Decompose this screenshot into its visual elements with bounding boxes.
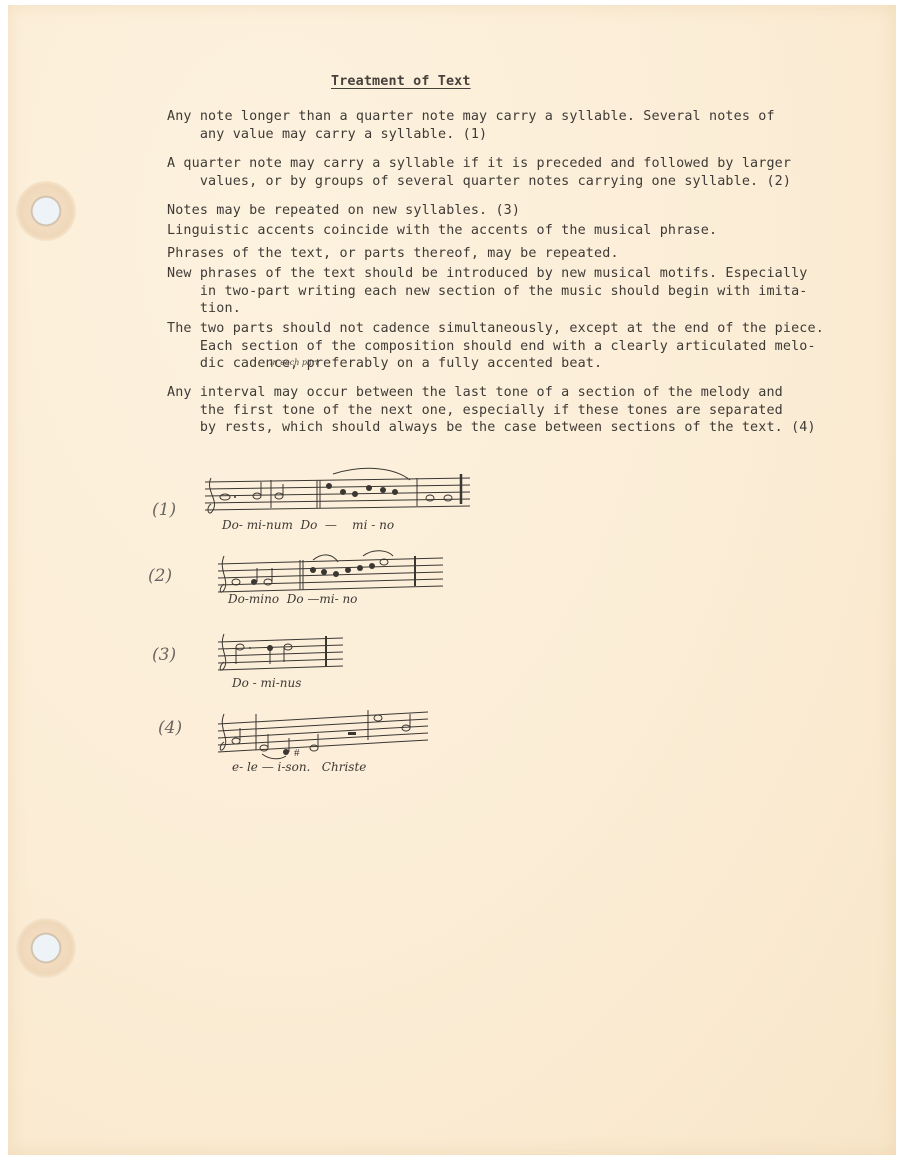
- handwritten-insertion: in each part: [270, 358, 319, 367]
- lyrics-3: Do - mi-nus: [232, 676, 301, 690]
- rule-paragraph: Any interval may occur between the last …: [167, 384, 816, 437]
- svg-text:#: #: [294, 747, 300, 759]
- example-label-1: (1): [152, 500, 176, 520]
- lyrics-2: Do-mino Do —mi- no: [228, 592, 357, 606]
- music-staff-1: [205, 478, 475, 523]
- rule-paragraph: Notes may be repeated on new syllables. …: [167, 202, 520, 220]
- example-label-2: (2): [148, 566, 172, 586]
- music-staff-3: [218, 634, 348, 679]
- lyrics-1: Do- mi-num Do — mi - no: [222, 518, 394, 532]
- punch-hole-bottom: [16, 918, 76, 978]
- rule-paragraph: The two parts should not cadence simulta…: [167, 320, 824, 373]
- example-label-4: (4): [158, 718, 182, 738]
- rule-paragraph: Any note longer than a quarter note may …: [167, 108, 775, 143]
- page-title: Treatment of Text: [331, 74, 471, 89]
- lyrics-4: e- le — i-son. Christe: [232, 760, 366, 774]
- rule-paragraph: Linguistic accents coincide with the acc…: [167, 222, 717, 240]
- punch-hole-top: [16, 181, 76, 241]
- rule-paragraph: New phrases of the text should be introd…: [167, 265, 808, 318]
- rule-paragraph: Phrases of the text, or parts thereof, m…: [167, 245, 619, 263]
- rule-paragraph: A quarter note may carry a syllable if i…: [167, 155, 791, 190]
- example-label-3: (3): [152, 645, 176, 665]
- music-staff-4: #: [218, 710, 433, 760]
